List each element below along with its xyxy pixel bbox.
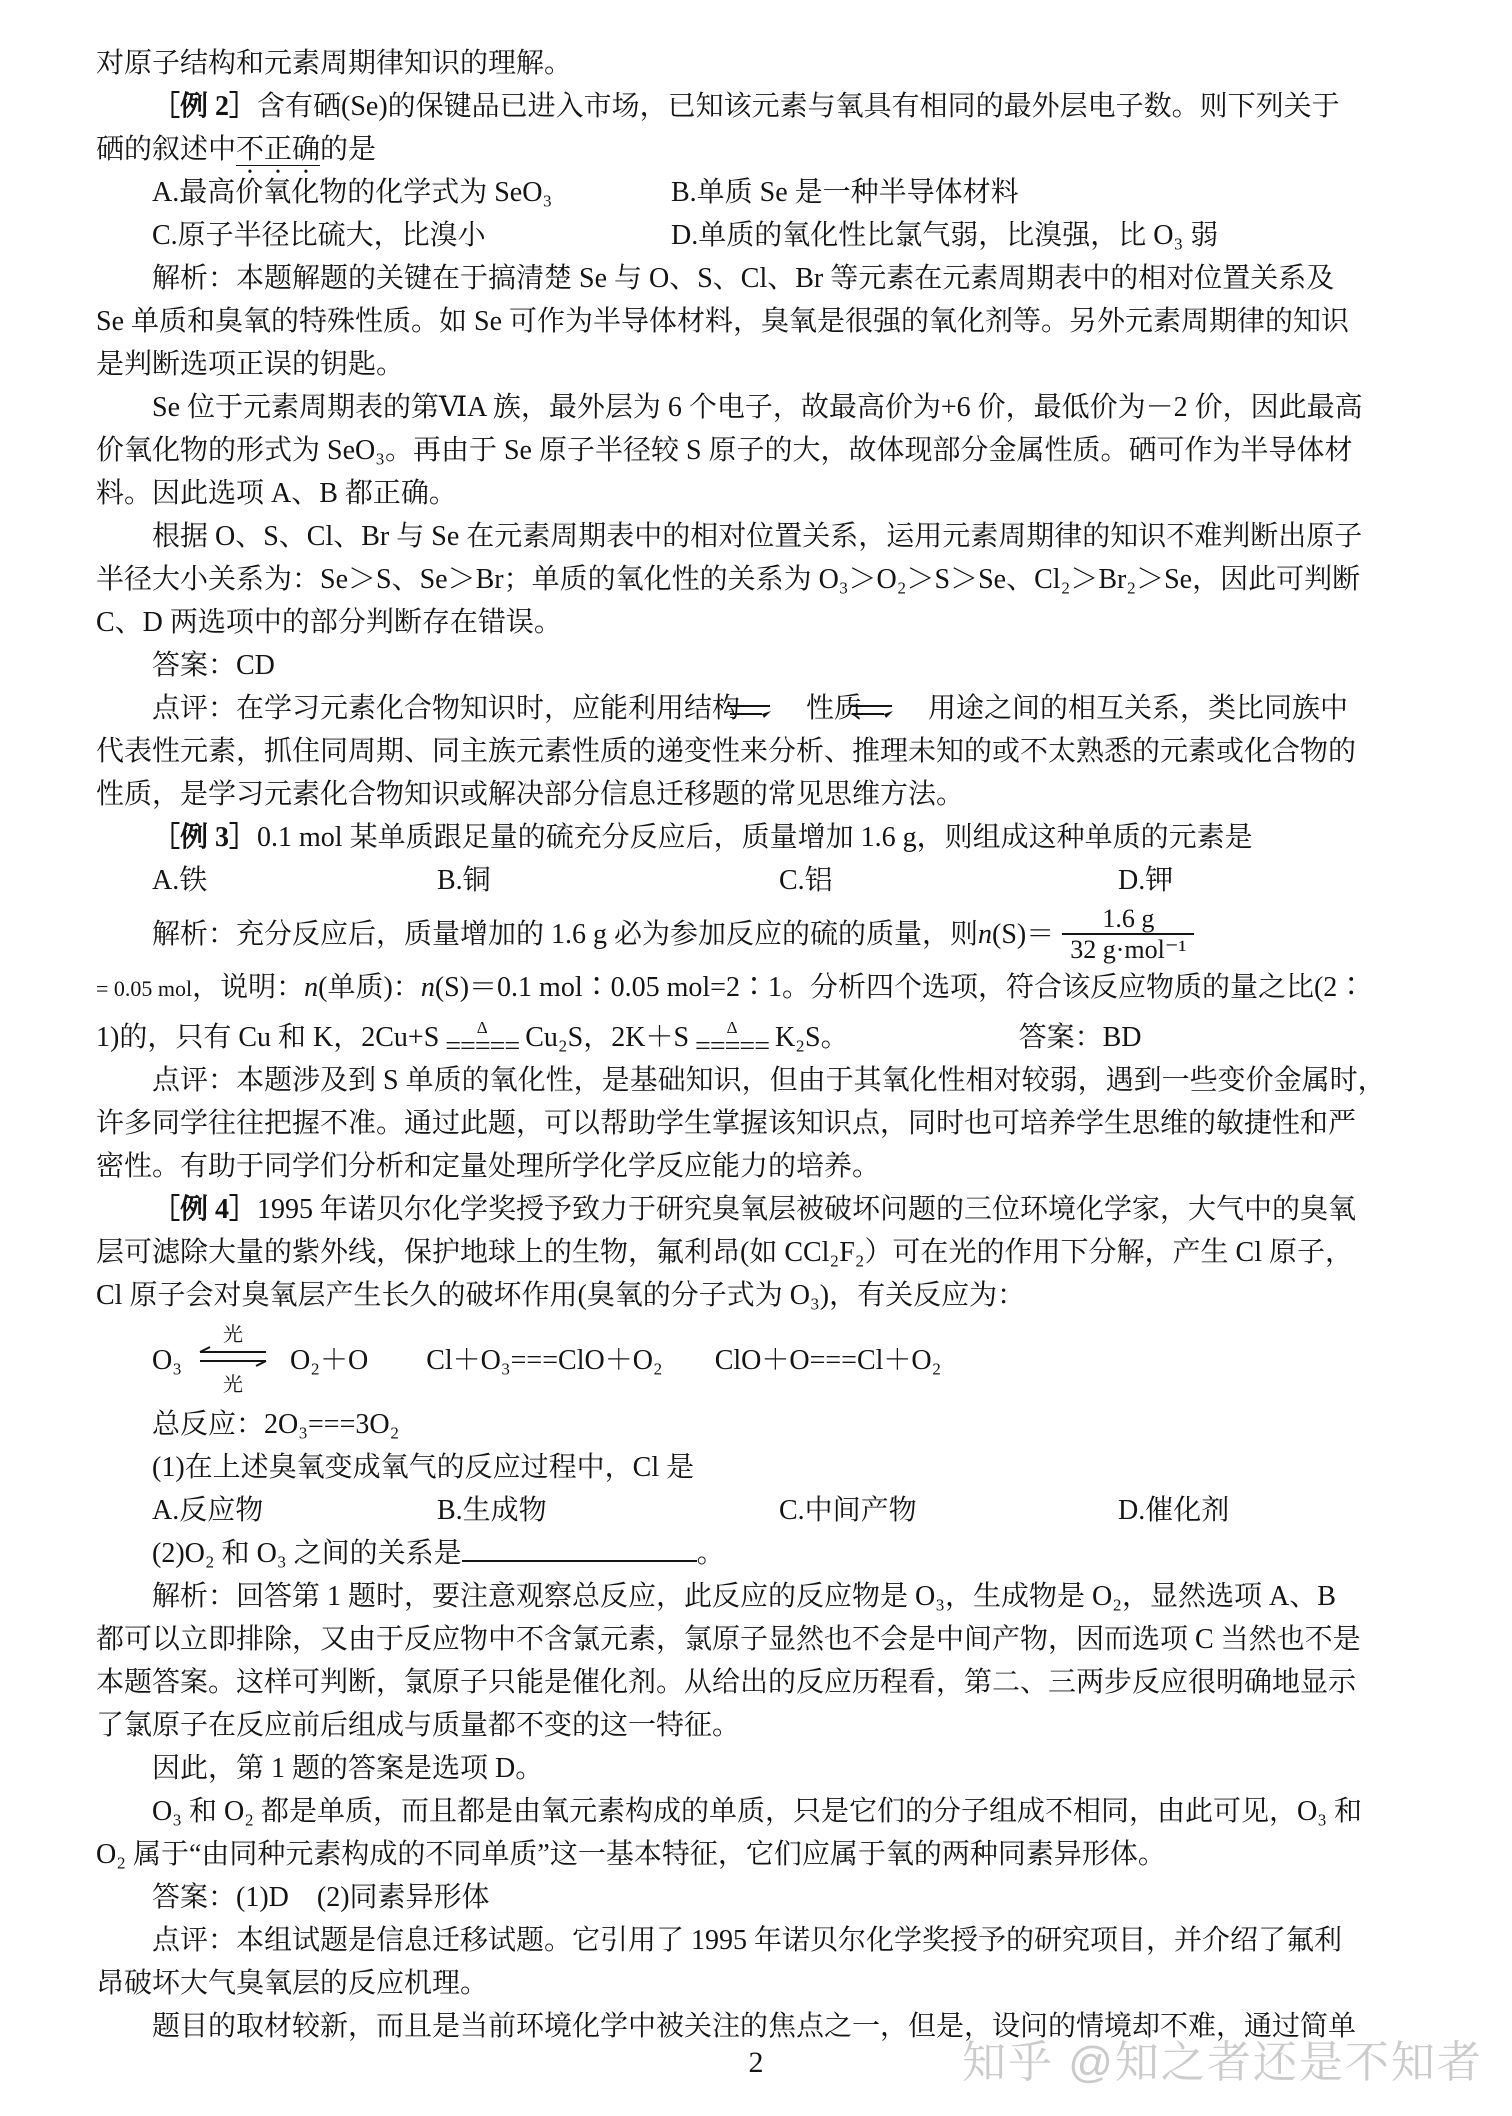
text-segment: 代表性元素，抓住同周期、同主族元素性质的递变性来分析、推理未知的或不太熟悉的元素… bbox=[96, 736, 1356, 767]
text-line: 点评：本题涉及到 S 单质的氧化性，是基础知识，但由于其氧化性相对较弱，遇到一些… bbox=[96, 1059, 1426, 1102]
math-variable: n bbox=[421, 972, 435, 1003]
text-segment: C、D 两选项中的部分判断存在错误。 bbox=[96, 607, 562, 638]
option-item: C.中间产物 bbox=[779, 1489, 1118, 1532]
option-item: B.单质 Se 是一种半导体材料 bbox=[671, 171, 1019, 214]
text-line: 本题答案。这样可判断，氯原子只能是催化剂。从给出的反应历程看，第二、三两步反应很… bbox=[96, 1661, 1426, 1704]
text-segment: Se 位于元素周期表的第ⅥA 族，最外层为 6 个电子，故最高价为+6 价，最低… bbox=[152, 392, 1363, 423]
equilibrium-arrows: 光光 bbox=[198, 1324, 268, 1396]
text-segment: 解析：本题解题的关键在于搞清楚 Se 与 O、S、Cl、Br 等元素在元素周期表… bbox=[152, 263, 1334, 294]
text-line: ［例 4］1995 年诺贝尔化学奖授予致力于研究臭氧层被破坏问题的三位环境化学家… bbox=[96, 1188, 1426, 1231]
condition-below: 光 bbox=[198, 1374, 268, 1396]
spacer bbox=[663, 1360, 715, 1361]
spacer bbox=[368, 1360, 426, 1361]
text-line: 密性。有助于同学们分析和定量处理所学化学反应能力的培养。 bbox=[96, 1145, 1426, 1188]
text-line: O₃ 和 O₂ 都是单质，而且都是由氧元素构成的单质，只是它们的分子组成不相同，… bbox=[96, 1790, 1426, 1833]
text-segment: Cl＋O₃===ClO＋O₂ bbox=[426, 1339, 662, 1382]
text-segment: 。 bbox=[697, 1538, 725, 1569]
text-line: 半径大小关系为：Se＞S、Se＞Br；单质的氧化性的关系为 O₃＞O₂＞S＞Se… bbox=[96, 558, 1426, 601]
text-line: ［例 2］含有硒(Se)的保键品已进入市场，已知该元素与氧具有相同的最外层电子数… bbox=[96, 85, 1426, 128]
equals-line: ===== bbox=[695, 1035, 769, 1059]
bold-text: ［例 3］ bbox=[152, 822, 257, 853]
text-segment: 1)的，只有 Cu 和 K，2Cu+S bbox=[96, 1016, 439, 1059]
small-text: = 0.05 mol bbox=[96, 976, 192, 1001]
option-item: A.铁 bbox=[152, 859, 437, 902]
text-segment: 答案：BD bbox=[1019, 1016, 1142, 1059]
text-segment: (单质)： bbox=[318, 972, 421, 1003]
text-line: O₂ 属于“由同种元素构成的不同单质”这一基本特征，它们应属于氧的两种同素异形体… bbox=[96, 1833, 1426, 1876]
watermark: 知乎 @知之者还是不知者 bbox=[962, 2026, 1483, 2090]
text-line: 性质，是学习元素化合物知识或解决部分信息迁移题的常见思维方法。 bbox=[96, 773, 1426, 816]
text-segment: 总反应：2O₃===3O₂ bbox=[152, 1409, 399, 1440]
text-segment: (1)在上述臭氧变成氧气的反应过程中，Cl 是 bbox=[152, 1452, 694, 1483]
text-segment: 本题答案。这样可判断，氯原子只能是催化剂。从给出的反应历程看，第二、三两步反应很… bbox=[96, 1667, 1356, 1698]
text-line: = 0.05 mol，说明：n(单质)：n(S)＝0.1 mol∶0.05 mo… bbox=[96, 966, 1426, 1009]
text-line: C、D 两选项中的部分判断存在错误。 bbox=[96, 601, 1426, 644]
text-segment: ClO＋O===Cl＋O₂ bbox=[715, 1339, 942, 1382]
text-segment: 都可以立即排除，又由于反应物中不含氯元素，氯原子显然也不会是中间产物，因而选项 … bbox=[96, 1624, 1361, 1655]
text-line: ［例 3］0.1 mol 某单质跟足量的硫充分反应后，质量增加 1.6 g，则组… bbox=[96, 816, 1426, 859]
emphasized-text: 不正确 bbox=[236, 134, 320, 166]
condition-above: 光 bbox=[198, 1324, 268, 1346]
text-segment: 用途之间的相互关系，类比同族中 bbox=[928, 693, 1348, 724]
text-segment: 许多同学往往把握不准。通过此题，可以帮助学生掌握该知识点，同时也可培养学生思维的… bbox=[96, 1108, 1356, 1139]
text-segment: O₃ bbox=[152, 1339, 182, 1382]
text-segment: (S)＝0.1 mol∶0.05 mol=2∶1。分析四个选项，符合该反应物质的… bbox=[435, 972, 1365, 1003]
text-line: (1)在上述臭氧变成氧气的反应过程中，Cl 是 bbox=[96, 1446, 1426, 1489]
text-line: 总反应：2O₃===3O₂ bbox=[96, 1403, 1426, 1446]
text-segment: O₂ 属于“由同种元素构成的不同单质”这一基本特征，它们应属于氧的两种同素异形体… bbox=[96, 1839, 1166, 1870]
math-variable: n bbox=[978, 913, 992, 956]
options-row: A.铁B.铜C.铝D.钾 bbox=[96, 859, 1426, 902]
text-line: 对原子结构和元素周期律知识的理解。 bbox=[96, 42, 1426, 85]
text-line: 硒的叙述中不正确的是 bbox=[96, 128, 1426, 171]
text-line: 昂破坏大气臭氧层的反应机理。 bbox=[96, 1962, 1426, 2005]
text-segment: 根据 O、S、Cl、Br 与 Se 在元素周期表中的相对位置关系，运用元素周期律… bbox=[152, 521, 1362, 552]
text-line: 答案：CD bbox=[96, 644, 1426, 687]
fraction: 1.6 g32 g·mol⁻¹ bbox=[1062, 903, 1194, 965]
text-line: Se 位于元素周期表的第ⅥA 族，最外层为 6 个电子，故最高价为+6 价，最低… bbox=[96, 386, 1426, 429]
text-segment: 硒的叙述中 bbox=[96, 134, 236, 165]
option-item: D.钾 bbox=[1118, 859, 1173, 902]
text-segment: 点评：在学习元素化合物知识时，应能利用结构 bbox=[152, 693, 740, 724]
option-item: A.反应物 bbox=[152, 1489, 437, 1532]
text-segment: 昂破坏大气臭氧层的反应机理。 bbox=[96, 1968, 488, 1999]
text-line: 代表性元素，抓住同周期、同主族元素性质的递变性来分析、推理未知的或不太熟悉的元素… bbox=[96, 730, 1426, 773]
text-segment: 含有硒(Se)的保键品已进入市场，已知该元素与氧具有相同的最外层电子数。则下列关… bbox=[257, 91, 1340, 122]
option-item: A.最高价氧化物的化学式为 SeO₃ bbox=[152, 171, 671, 214]
fraction-denominator: 32 g·mol⁻¹ bbox=[1062, 933, 1194, 964]
text-segment: 层可滤除大量的紫外线，保护地球上的生物，氟利昂(如 CCl₂F₂）可在光的作用下… bbox=[96, 1237, 1353, 1268]
reversible-arrow-icon bbox=[198, 1346, 268, 1368]
text-line: 1)的，只有 Cu 和 K，2Cu+SΔ=====Cu₂S，2K＋SΔ=====… bbox=[96, 1009, 1426, 1059]
text-segment: 对原子结构和元素周期律知识的理解。 bbox=[96, 48, 572, 79]
text-segment: 价氧化物的形式为 SeO₃。再由于 Se 原子半径较 S 原子的大，故体现部分金… bbox=[96, 435, 1353, 466]
text-segment: Cl 原子会对臭氧层产生长久的破坏作用(臭氧的分子式为 O₃)，有关反应为： bbox=[96, 1280, 1025, 1311]
text-segment: 性质，是学习元素化合物知识或解决部分信息迁移题的常见思维方法。 bbox=[96, 779, 964, 810]
text-segment: (S)＝ bbox=[992, 913, 1054, 956]
options-row: A.最高价氧化物的化学式为 SeO₃B.单质 Se 是一种半导体材料 bbox=[96, 171, 1426, 214]
text-segment: 点评：本组试题是信息迁移试题。它引用了 1995 年诺贝尔化学奖授予的研究项目，… bbox=[152, 1925, 1342, 1956]
text-segment: (2)O₂ 和 O₃ 之间的关系是 bbox=[152, 1538, 462, 1569]
text-line: 层可滤除大量的紫外线，保护地球上的生物，氟利昂(如 CCl₂F₂）可在光的作用下… bbox=[96, 1231, 1426, 1274]
equals-line: ===== bbox=[445, 1035, 519, 1059]
math-variable: n bbox=[304, 972, 318, 1003]
text-segment: 密性。有助于同学们分析和定量处理所学化学反应能力的培养。 bbox=[96, 1151, 880, 1182]
text-segment: K₂S。 bbox=[775, 1016, 849, 1059]
text-line: Cl 原子会对臭氧层产生长久的破坏作用(臭氧的分子式为 O₃)，有关反应为： bbox=[96, 1274, 1426, 1317]
answer-blank bbox=[462, 1534, 697, 1562]
text-segment: 解析：充分反应后，质量增加的 1.6 g 必为参加反应的硫的质量，则 bbox=[152, 913, 978, 956]
text-segment: 0.1 mol 某单质跟足量的硫充分反应后，质量增加 1.6 g，则组成这种单质… bbox=[257, 822, 1253, 853]
text-segment: 料。因此选项 A、B 都正确。 bbox=[96, 478, 457, 509]
option-item: C.原子半径比硫大，比溴小 bbox=[152, 214, 671, 257]
bold-text: ［例 4］ bbox=[152, 1194, 257, 1225]
text-line: 因此，第 1 题的答案是选项 D。 bbox=[96, 1747, 1426, 1790]
text-segment: 是判断选项正误的钥匙。 bbox=[96, 349, 404, 380]
text-line: 价氧化物的形式为 SeO₃。再由于 Se 原子半径较 S 原子的大，故体现部分金… bbox=[96, 429, 1426, 472]
relation-arrow-icon bbox=[728, 702, 772, 718]
text-segment: 半径大小关系为：Se＞S、Se＞Br；单质的氧化性的关系为 O₃＞O₂＞S＞Se… bbox=[96, 564, 1360, 595]
text-line: 了氯原子在反应前后组成与质量都不变的这一特征。 bbox=[96, 1704, 1426, 1747]
text-segment: 点评：本题涉及到 S 单质的氧化性，是基础知识，但由于其氧化性相对较弱，遇到一些… bbox=[152, 1065, 1386, 1096]
equation-line: O₃光光O₂＋OCl＋O₃===ClO＋O₂ClO＋O===Cl＋O₂ bbox=[96, 1317, 1426, 1403]
options-row: C.原子半径比硫大，比溴小D.单质的氧化性比氯气弱，比溴强，比 O₃ 弱 bbox=[96, 214, 1426, 257]
text-line: 点评：在学习元素化合物知识时，应能利用结构性质用途之间的相互关系，类比同族中 bbox=[96, 687, 1426, 730]
text-line: 许多同学往往把握不准。通过此题，可以帮助学生掌握该知识点，同时也可培养学生思维的… bbox=[96, 1102, 1426, 1145]
document-page: 对原子结构和元素周期律知识的理解。［例 2］含有硒(Se)的保键品已进入市场，已… bbox=[96, 42, 1426, 2048]
text-line: 解析：回答第 1 题时，要注意观察总反应，此反应的反应物是 O₃，生成物是 O₂… bbox=[96, 1575, 1426, 1618]
text-line: (2)O₂ 和 O₃ 之间的关系是。 bbox=[96, 1532, 1426, 1575]
text-segment: ，说明： bbox=[192, 972, 304, 1003]
text-segment: 答案：CD bbox=[152, 650, 275, 681]
delta-over-equals: Δ===== bbox=[445, 1020, 519, 1059]
text-segment: O₂＋O bbox=[290, 1339, 368, 1382]
text-line: 料。因此选项 A、B 都正确。 bbox=[96, 472, 1426, 515]
text-segment: Se 单质和臭氧的特殊性质。如 Se 可作为半导体材料，臭氧是很强的氧化剂等。另… bbox=[96, 306, 1349, 337]
delta-over-equals: Δ===== bbox=[695, 1020, 769, 1059]
text-segment: Cu₂S，2K＋S bbox=[525, 1016, 689, 1059]
spacer bbox=[772, 716, 806, 717]
relation-arrow-icon bbox=[850, 702, 894, 718]
text-segment: O₃ 和 O₂ 都是单质，而且都是由氧元素构成的单质，只是它们的分子组成不相同，… bbox=[152, 1796, 1362, 1827]
spacer bbox=[894, 716, 928, 717]
text-line: Se 单质和臭氧的特殊性质。如 Se 可作为半导体材料，臭氧是很强的氧化剂等。另… bbox=[96, 300, 1426, 343]
text-segment: 了氯原子在反应前后组成与质量都不变的这一特征。 bbox=[96, 1710, 740, 1741]
text-line: 答案：(1)D (2)同素异形体 bbox=[96, 1876, 1426, 1919]
option-item: B.生成物 bbox=[437, 1489, 779, 1532]
text-line: 解析：充分反应后，质量增加的 1.6 g 必为参加反应的硫的质量，则 n(S)＝… bbox=[96, 902, 1426, 966]
bold-text: ［例 2］ bbox=[152, 91, 257, 122]
option-item: D.催化剂 bbox=[1118, 1489, 1229, 1532]
option-item: C.铝 bbox=[779, 859, 1118, 902]
fraction-numerator: 1.6 g bbox=[1062, 903, 1194, 934]
text-line: 根据 O、S、Cl、Br 与 Se 在元素周期表中的相对位置关系，运用元素周期律… bbox=[96, 515, 1426, 558]
options-row: A.反应物B.生成物C.中间产物D.催化剂 bbox=[96, 1489, 1426, 1532]
option-item: D.单质的氧化性比氯气弱，比溴强，比 O₃ 弱 bbox=[671, 214, 1218, 257]
text-segment: 答案：(1)D (2)同素异形体 bbox=[152, 1882, 490, 1913]
text-line: 点评：本组试题是信息迁移试题。它引用了 1995 年诺贝尔化学奖授予的研究项目，… bbox=[96, 1919, 1426, 1962]
spacer bbox=[182, 1360, 198, 1361]
text-segment: 的是 bbox=[320, 134, 376, 165]
text-line: 都可以立即排除，又由于反应物中不含氯元素，氯原子显然也不会是中间产物，因而选项 … bbox=[96, 1618, 1426, 1661]
text-segment: 解析：回答第 1 题时，要注意观察总反应，此反应的反应物是 O₃，生成物是 O₂… bbox=[152, 1581, 1336, 1612]
text-segment: 1995 年诺贝尔化学奖授予致力于研究臭氧层被破坏问题的三位环境化学家，大气中的… bbox=[257, 1194, 1356, 1225]
text-line: 是判断选项正误的钥匙。 bbox=[96, 343, 1426, 386]
text-segment: 因此，第 1 题的答案是选项 D。 bbox=[152, 1753, 543, 1784]
option-item: B.铜 bbox=[437, 859, 779, 902]
spacer bbox=[268, 1360, 290, 1361]
text-line: 解析：本题解题的关键在于搞清楚 Se 与 O、S、Cl、Br 等元素在元素周期表… bbox=[96, 257, 1426, 300]
